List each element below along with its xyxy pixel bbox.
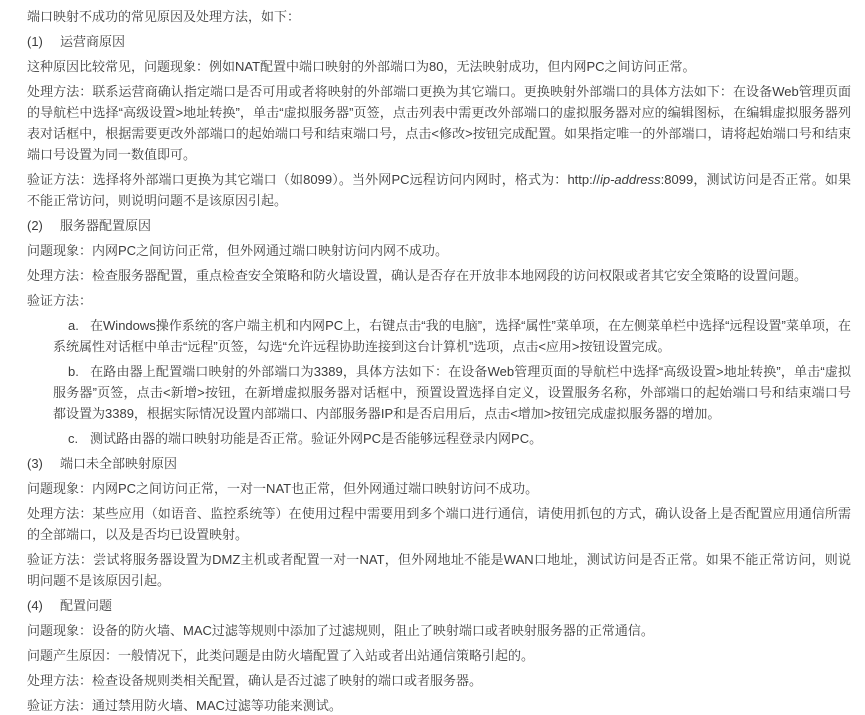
list-item-b: b.在路由器上配置端口映射的外部端口为3389，具体方法如下：在设备Web管理页…	[27, 361, 851, 424]
section-2-phenomenon: 问题现象：内网PC之间访问正常，但外网通过端口映射访问内网不成功。	[27, 240, 851, 261]
section-1-number: (1)	[27, 31, 60, 52]
section-2-heading: (2)服务器配置原因	[27, 215, 851, 236]
section-4-solution: 处理方法：检查设备规则类相关配置，确认是否过滤了映射的端口或者服务器。	[27, 670, 851, 691]
section-1-verify-pre: 验证方法：选择将外部端口更换为其它端口（如8099）。当外网PC远程访问内网时，…	[27, 172, 600, 187]
list-item-a-marker: a.	[68, 315, 90, 336]
section-2-solution: 处理方法：检查服务器配置，重点检查安全策略和防火墙设置，确认是否存在开放非本地网…	[27, 265, 851, 286]
section-3-solution: 处理方法：某些应用（如语音、监控系统等）在使用过程中需要用到多个端口进行通信，请…	[27, 503, 851, 545]
document-page: 端口映射不成功的常见原因及处理方法，如下： (1)运营商原因 这种原因比较常见，…	[0, 0, 865, 715]
section-4-heading: (4)配置问题	[27, 595, 851, 616]
section-1-title: 运营商原因	[60, 34, 125, 49]
list-item-a-text: 在Windows操作系统的客户端主机和内网PC上，右键点击“我的电脑”，选择“属…	[53, 318, 851, 354]
section-3-heading: (3)端口未全部映射原因	[27, 453, 851, 474]
section-1-phenomenon: 这种原因比较常见，问题现象：例如NAT配置中端口映射的外部端口为80，无法映射成…	[27, 56, 851, 77]
section-4-title: 配置问题	[60, 598, 112, 613]
section-3-verify: 验证方法：尝试将服务器设置为DMZ主机或者配置一对一NAT，但外网地址不能是WA…	[27, 549, 851, 591]
section-4-number: (4)	[27, 595, 60, 616]
section-2-number: (2)	[27, 215, 60, 236]
list-item-b-text: 在路由器上配置端口映射的外部端口为3389，具体方法如下：在设备Web管理页面的…	[53, 364, 851, 421]
section-3-title: 端口未全部映射原因	[60, 456, 177, 471]
list-item-c-marker: c.	[68, 428, 90, 449]
section-4-phenomenon: 问题现象：设备的防火墙、MAC过滤等规则中添加了过滤规则，阻止了映射端口或者映射…	[27, 620, 851, 641]
section-2-verify-label: 验证方法：	[27, 290, 851, 311]
list-item-c-text: 测试路由器的端口映射功能是否正常。验证外网PC是否能够远程登录内网PC。	[90, 431, 542, 446]
section-1-solution: 处理方法：联系运营商确认指定端口是否可用或者将映射的外部端口更换为其它端口。更换…	[27, 81, 851, 165]
list-item-a: a.在Windows操作系统的客户端主机和内网PC上，右键点击“我的电脑”，选择…	[27, 315, 851, 357]
list-item-c: c.测试路由器的端口映射功能是否正常。验证外网PC是否能够远程登录内网PC。	[27, 428, 851, 449]
section-2-title: 服务器配置原因	[60, 218, 151, 233]
section-1-heading: (1)运营商原因	[27, 31, 851, 52]
section-3-number: (3)	[27, 453, 60, 474]
list-item-b-marker: b.	[68, 361, 90, 382]
ip-address-variable: ip-address	[600, 172, 661, 187]
section-1-verify: 验证方法：选择将外部端口更换为其它端口（如8099）。当外网PC远程访问内网时，…	[27, 169, 851, 211]
document-title: 端口映射不成功的常见原因及处理方法，如下：	[27, 6, 851, 27]
section-3-phenomenon: 问题现象：内网PC之间访问正常，一对一NAT也正常，但外网通过端口映射访问不成功…	[27, 478, 851, 499]
section-4-cause: 问题产生原因：一般情况下，此类问题是由防火墙配置了入站或者出站通信策略引起的。	[27, 645, 851, 666]
section-4-verify: 验证方法：通过禁用防火墙、MAC过滤等功能来测试。	[27, 695, 851, 715]
